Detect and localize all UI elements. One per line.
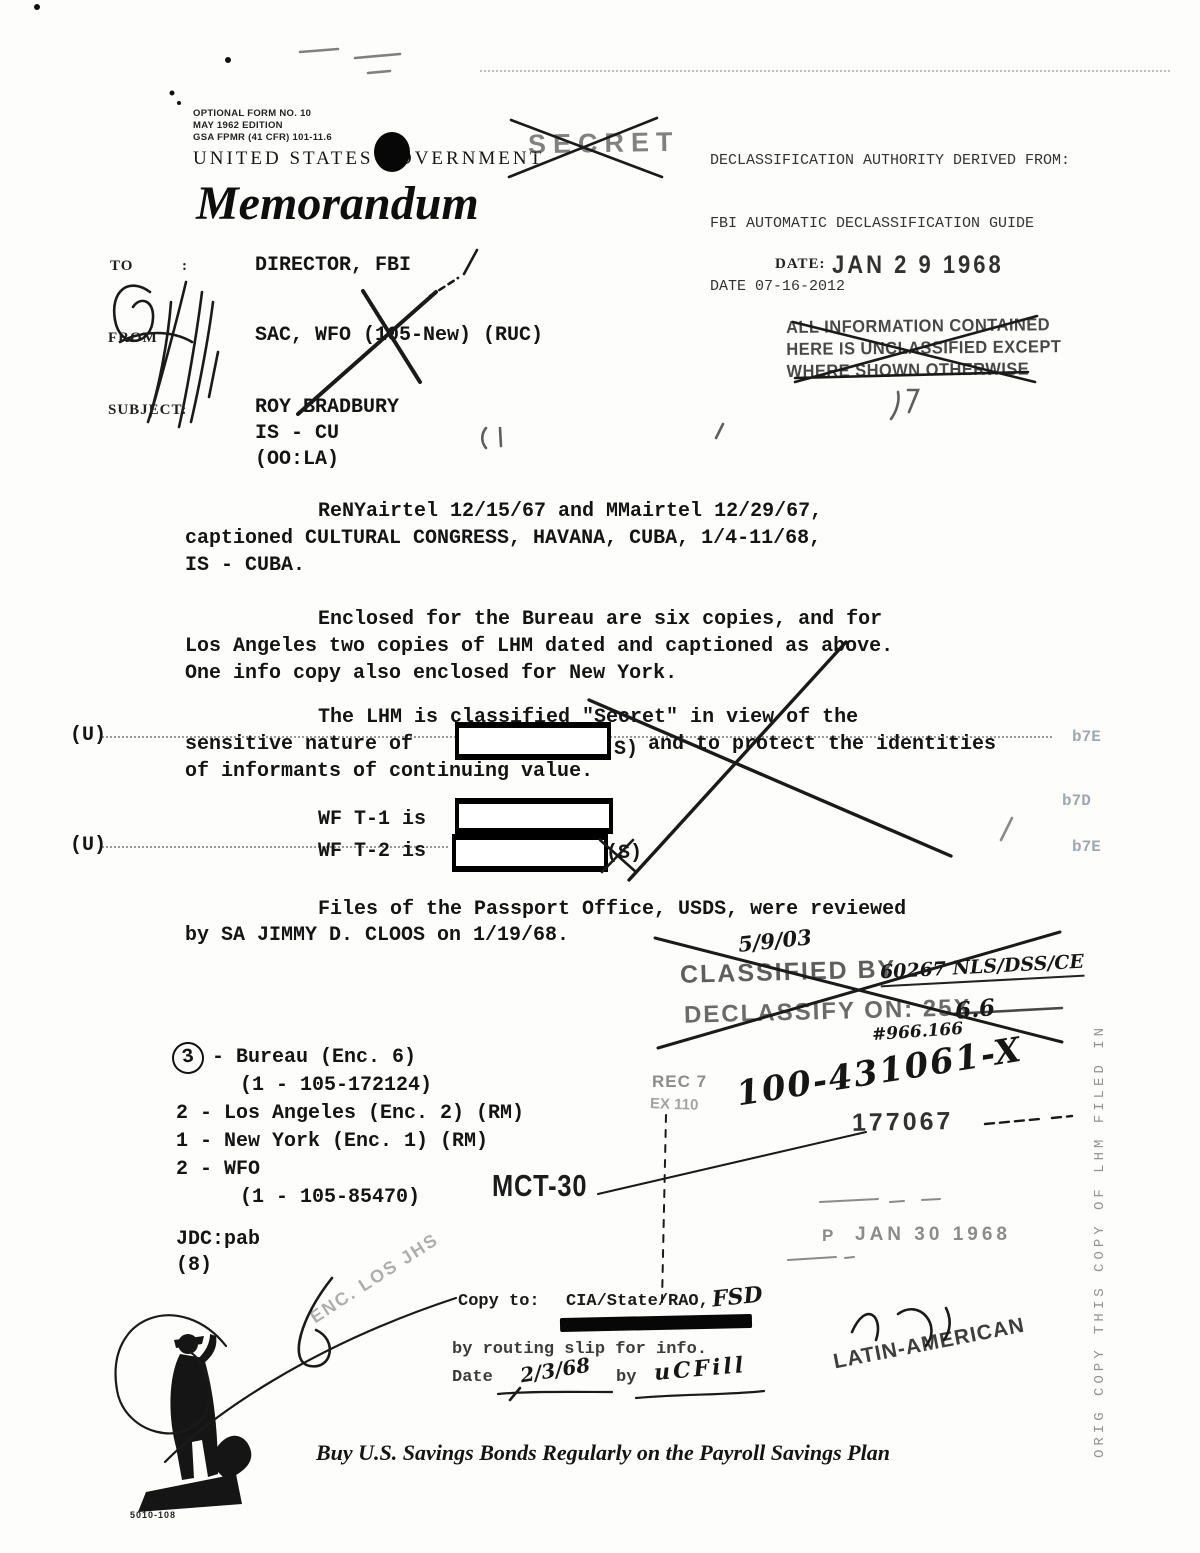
to-value: DIRECTOR, FBI [255, 254, 411, 277]
government-heading: UNITED STATES GOVERNMENT [193, 148, 544, 170]
hand-mark [482, 424, 723, 448]
routing-line [598, 1132, 866, 1194]
dist-bureau-file: (1 - 105-172124) [240, 1074, 432, 1097]
pencil-dashes [300, 49, 400, 73]
form-line: GSA FPMR (41 CFR) 101-11.6 [193, 132, 332, 144]
s-marker-wf: (S) [606, 842, 642, 865]
form-header: OPTIONAL FORM NO. 10 MAY 1962 EDITION GS… [193, 108, 332, 144]
stamp-line: HERE IS UNCLASSIFIED EXCEPT [786, 335, 1061, 360]
secret-stamp-crossed: SECRET [528, 127, 680, 161]
hand-classification-date: 5/9/03 [737, 924, 813, 957]
body-p2-line2: Los Angeles two copies of LHM dated and … [185, 635, 893, 658]
subject-label: SUBJECT: [108, 402, 187, 419]
copy-to-label: Copy to: [458, 1292, 540, 1311]
rec-stamp: REC 7 [652, 1072, 707, 1092]
stamp-line: WHERE SHOWN OTHERWISE [786, 357, 1061, 382]
minuteman-statue-graphic [118, 1322, 278, 1522]
mct-stamp: MCT-30 [492, 1168, 587, 1204]
typist-initials: JDC:pab [176, 1228, 260, 1251]
dist-wfo: 2 - WFO [176, 1158, 260, 1181]
subject-line-2: IS - CU [255, 422, 339, 445]
body-p4-line2: by SA JIMMY D. CLOOS on 1/19/68. [185, 924, 569, 947]
declass-line: FBI AUTOMATIC DECLASSIFICATION GUIDE [710, 213, 1070, 234]
savings-bonds-slogan: Buy U.S. Savings Bonds Regularly on the … [316, 1440, 890, 1466]
serial-stamp: 177067 [852, 1107, 954, 1138]
scan-artifact-dots [480, 70, 1170, 72]
subject-line-1: ROY BRADBURY [255, 396, 399, 419]
body-p1-line1: ReNYairtel 12/15/67 and MMairtel 12/29/6… [318, 500, 822, 523]
form-line: OPTIONAL FORM NO. 10 [193, 108, 332, 120]
stamp-dashes [788, 1257, 854, 1260]
checkmark-slash [464, 250, 477, 274]
foia-code-b7e-top: b7E [1072, 728, 1101, 746]
date-label: DATE: [775, 256, 826, 273]
statue-plow [214, 1436, 251, 1480]
body-p3-line3: of informants of continuing value. [185, 760, 593, 783]
dashed-guide-line [662, 1115, 666, 1302]
enclosure-stamp: ENC. LOS JHS [306, 1229, 442, 1328]
received-date-stamp: JAN 30 1968 [855, 1224, 1011, 1246]
margin-filing-note: ORIG COPY THIS COPY OF LHM FILED IN [1092, 998, 1108, 1458]
redaction-box-3 [452, 834, 608, 872]
declass-line: DECLASSIFICATION AUTHORITY DERIVED FROM: [710, 150, 1070, 171]
body-p3-line2-post: and to protect the identities [648, 733, 996, 756]
routing-date-label: Date [452, 1368, 493, 1387]
routing-underlines [498, 1391, 764, 1398]
date-stamp: JAN 2 9 1968 [832, 250, 1004, 279]
classification-marker-u1: (U) [70, 724, 106, 747]
speck [170, 91, 175, 96]
redaction-bar [560, 1314, 752, 1332]
wf-t1-label: WF T-1 is [318, 808, 426, 831]
memo-page: OPTIONAL FORM NO. 10 MAY 1962 EDITION GS… [0, 0, 1200, 1553]
redaction-box-1 [455, 722, 611, 760]
statue-body [170, 1354, 218, 1480]
body-p2-line3: One info copy also enclosed for New York… [185, 662, 677, 685]
to-colon: : [182, 258, 188, 275]
circled-copy-count: 3 [170, 1040, 206, 1076]
dist-bureau: - Bureau (Enc. 6) [212, 1046, 416, 1069]
dist-wfo-file: (1 - 105-85470) [240, 1186, 420, 1209]
hand-mark [1001, 818, 1012, 840]
hand-mark [510, 1388, 520, 1400]
speck [177, 101, 181, 105]
body-p1-line3: IS - CUBA. [185, 554, 305, 577]
latin-american-stamp: LATIN-AMERICAN [831, 1314, 1026, 1375]
file-number-cross-out-tail [430, 278, 458, 296]
ex-stamp: EX 110 [650, 1095, 699, 1114]
to-label: TO [110, 258, 133, 275]
speck [34, 4, 40, 10]
body-p4-line1: Files of the Passport Office, USDS, were… [318, 898, 906, 921]
hand-classifier-id: 60267 NLS/DSS/CE [879, 951, 1084, 988]
body-p2-line1: Enclosed for the Bureau are six copies, … [318, 608, 882, 631]
hand-mark [891, 390, 918, 419]
from-label: FROM [108, 330, 158, 347]
unclassified-stamp: ALL INFORMATION CONTAINED HERE IS UNCLAS… [786, 313, 1062, 382]
foia-code-b7e-bottom: b7E [1072, 838, 1101, 856]
dist-new-york: 1 - New York (Enc. 1) (RM) [176, 1130, 488, 1153]
classification-stamp-cross-out [655, 932, 1062, 1048]
copy-count: (8) [176, 1254, 212, 1277]
from-value: SAC, WFO (105-New) (RUC) [255, 324, 543, 347]
subject-line-3: (OO:LA) [255, 448, 339, 471]
foia-code-b7d: b7D [1062, 792, 1091, 810]
wf-t2-label: WF T-2 is [318, 840, 426, 863]
classification-marker-u2: (U) [70, 834, 106, 857]
declassification-note: DECLASSIFICATION AUTHORITY DERIVED FROM:… [710, 108, 1070, 339]
statue-code: 5010-108 [130, 1510, 176, 1520]
hand-copy-to-addition: FSD [711, 1281, 764, 1312]
body-p3-line2-pre: sensitive nature of [185, 733, 413, 756]
body-p1-line2: captioned CULTURAL CONGRESS, HAVANA, CUB… [185, 527, 821, 550]
redaction-box-2 [455, 798, 613, 834]
classified-by-stamp: CLASSIFIED BY [680, 955, 897, 990]
copy-to-value: CIA/State/RAO, [566, 1292, 709, 1311]
stamp-dashes [820, 1199, 940, 1202]
p-mark: P [822, 1226, 833, 1246]
speck [225, 57, 231, 63]
memo-title: Memorandum [196, 176, 479, 231]
stamp-line: ALL INFORMATION CONTAINED [786, 313, 1061, 338]
dist-los-angeles: 2 - Los Angeles (Enc. 2) (RM) [176, 1102, 524, 1125]
form-line: MAY 1962 EDITION [193, 120, 332, 132]
serial-dashes [985, 1116, 1072, 1124]
routing-by-label: by [616, 1368, 636, 1387]
